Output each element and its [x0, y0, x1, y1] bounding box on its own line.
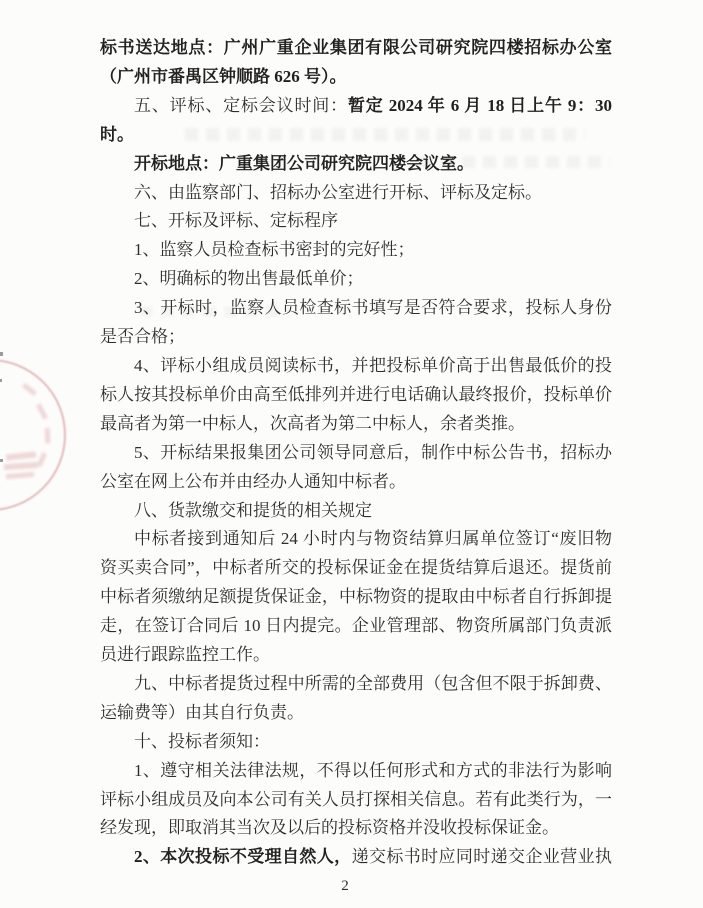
document-page: 标书送达地点：广州广重企业集团有限公司研究院四楼招标办公室（广州市番禺区钟顺路 … [0, 0, 703, 908]
document-line: 标人按其投标单价由高至低排列并进行电话确认最终报价，投标单价 [100, 381, 612, 410]
text-segment-bold: 2、本次投标不受理自然人， [134, 847, 352, 866]
text-segment: 九、中标者提货过程中所需的全部费用（包含但不限于拆卸费、 [134, 674, 612, 693]
text-segment-bold: 开标地点：广重集团公司研究院四楼会议室。 [134, 154, 474, 173]
document-body: 标书送达地点：广州广重企业集团有限公司研究院四楼招标办公室（广州市番禺区钟顺路 … [100, 34, 612, 872]
document-line: 中标者须缴纳足额提货保证金，中标物资的提取由中标者自行拆卸提 [100, 583, 612, 612]
text-segment: 1、监察人员检查标书密封的完好性； [134, 240, 415, 259]
document-line: 1、遵守相关法律法规，不得以任何形式和方式的非法行为影响 [100, 757, 612, 786]
text-segment: 六、由监察部门、招标办公室进行开标、评标及定标。 [134, 183, 542, 202]
document-line: 开标地点：广重集团公司研究院四楼会议室。 [100, 150, 612, 179]
document-line: 员进行跟踪监控工作。 [100, 641, 612, 670]
document-line: 是否合格； [100, 323, 612, 352]
text-segment: 是否合格； [100, 327, 185, 346]
document-line: 走，在签订合同后 10 日内提完。企业管理部、物资所属部门负责派 [100, 612, 612, 641]
document-line: 中标者接到通知后 24 小时内与物资结算归属单位签订“废旧物 [100, 525, 612, 554]
text-segment: 2、明确标的物出售最低单价； [134, 269, 364, 288]
document-line: 4、评标小组成员阅读标书，并把投标单价高于出售最低价的投 [100, 352, 612, 381]
document-line: 3、开标时，监察人员检查标书填写是否符合要求，投标人身份 [100, 294, 612, 323]
text-segment: 五、评标、定标会议时间： [134, 96, 348, 115]
text-segment: 评标小组成员及向本公司有关人员打探相关信息。若有此类行为，一 [100, 790, 612, 809]
document-line: 标书送达地点：广州广重企业集团有限公司研究院四楼招标办公室 [100, 34, 612, 63]
document-line: 经发现，即取消其当次及以后的投标资格并没收投标保证金。 [100, 814, 612, 843]
text-segment: 员进行跟踪监控工作。 [100, 645, 270, 664]
page-number: 2 [0, 878, 690, 895]
text-segment: 4、评标小组成员阅读标书，并把投标单价高于出售最低价的投 [134, 356, 612, 375]
document-line: 九、中标者提货过程中所需的全部费用（包含但不限于拆卸费、 [100, 670, 612, 699]
document-line: 资买卖合同”，中标者所交的投标保证金在提货结算后退还。提货前 [100, 554, 612, 583]
text-segment: 中标者须缴纳足额提货保证金，中标物资的提取由中标者自行拆卸提 [100, 587, 612, 606]
document-line: 七、开标及评标、定标程序 [100, 207, 612, 236]
text-segment: 1、遵守相关法律法规，不得以任何形式和方式的非法行为影响 [134, 761, 612, 780]
document-line: 评标小组成员及向本公司有关人员打探相关信息。若有此类行为，一 [100, 786, 612, 815]
text-segment-bold: 时。 [100, 125, 134, 144]
text-segment: 最高者为第一中标人，次高者为第二中标人，余者类推。 [100, 414, 525, 433]
document-line: 运输费等）由其自行负责。 [100, 699, 612, 728]
document-line: 2、明确标的物出售最低单价； [100, 265, 612, 294]
document-line: 十、投标者须知： [100, 728, 612, 757]
text-segment: 资买卖合同”，中标者所交的投标保证金在提货结算后退还。提货前 [100, 558, 612, 577]
text-segment: 中标者接到通知后 24 小时内与物资结算归属单位签订“废旧物 [134, 529, 612, 548]
text-segment-bold: 暂定 2024 年 6 月 18 日上午 9：30 [348, 96, 612, 115]
document-line: （广州市番禺区钟顺路 626 号）。 [100, 63, 612, 92]
document-line: 五、评标、定标会议时间：暂定 2024 年 6 月 18 日上午 9：30 [100, 92, 612, 121]
text-segment-bold: （广州市番禺区钟顺路 626 号）。 [100, 67, 347, 86]
scan-speck [0, 352, 3, 356]
document-line: 八、货款缴交和提货的相关规定 [100, 497, 612, 526]
text-segment: 3、开标时，监察人员检查标书填写是否符合要求，投标人身份 [134, 298, 612, 317]
text-segment: 七、开标及评标、定标程序 [134, 211, 338, 230]
red-seal-stamp [0, 359, 66, 511]
document-line: 公室在网上公布并由经办人通知中标者。 [100, 468, 612, 497]
text-segment: 八、货款缴交和提货的相关规定 [134, 501, 372, 520]
document-line: 5、开标结果报集团公司领导同意后，制作中标公告书，招标办 [100, 439, 612, 468]
text-segment: 运输费等）由其自行负责。 [100, 703, 304, 722]
document-line: 六、由监察部门、招标办公室进行开标、评标及定标。 [100, 179, 612, 208]
text-segment: 十、投标者须知： [134, 732, 270, 751]
text-segment: 公室在网上公布并由经办人通知中标者。 [100, 472, 406, 491]
document-line: 2、本次投标不受理自然人，递交标书时应同时递交企业营业执 [100, 843, 612, 872]
text-segment: 标人按其投标单价由高至低排列并进行电话确认最终报价，投标单价 [100, 385, 612, 404]
text-segment: 经发现，即取消其当次及以后的投标资格并没收投标保证金。 [100, 818, 559, 837]
document-line: 最高者为第一中标人，次高者为第二中标人，余者类推。 [100, 410, 612, 439]
text-segment: 5、开标结果报集团公司领导同意后，制作中标公告书，招标办 [134, 443, 612, 462]
text-segment-bold: 标书送达地点：广州广重企业集团有限公司研究院四楼招标办公室 [100, 38, 612, 57]
text-segment: 递交标书时应同时递交企业营业执 [352, 847, 612, 866]
text-segment: 走，在签订合同后 10 日内提完。企业管理部、物资所属部门负责派 [100, 616, 612, 635]
document-line: 时。 [100, 121, 612, 150]
document-line: 1、监察人员检查标书密封的完好性； [100, 236, 612, 265]
